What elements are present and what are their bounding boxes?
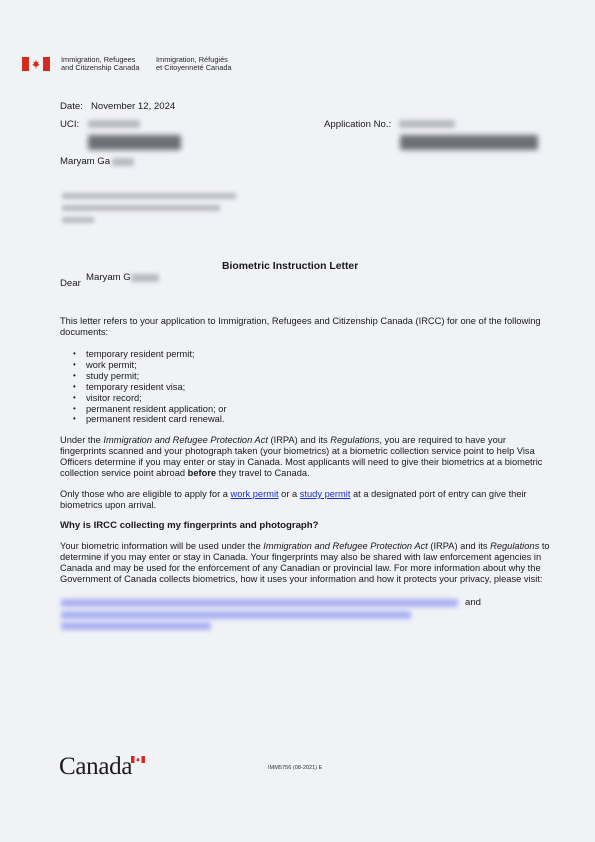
- wordmark-flag-icon: [131, 756, 145, 763]
- document-item: visitor record;: [60, 393, 550, 404]
- recipient-name-redacted: [112, 158, 134, 166]
- department-name-english: Immigration, Refugees and Citizenship Ca…: [61, 56, 139, 73]
- document-item: temporary resident permit;: [60, 349, 550, 360]
- application-number-redacted: [399, 120, 455, 128]
- emphasis-before: before: [188, 468, 216, 478]
- canada-flag-icon: [22, 57, 50, 71]
- irpa-paragraph: Under the Immigration and Refugee Protec…: [60, 435, 550, 479]
- address-line-3-redacted: [62, 217, 94, 223]
- privacy-link-1-redacted[interactable]: [61, 599, 458, 607]
- canada-wordmark: Canada: [59, 753, 132, 781]
- address-line-2-redacted: [62, 205, 220, 211]
- department-en-line2: and Citizenship Canada: [61, 64, 139, 72]
- port-of-entry-paragraph: Only those who are eligible to apply for…: [60, 489, 550, 511]
- documents-list-container: temporary resident permit; work permit; …: [60, 349, 550, 425]
- act-name: Immigration and Refugee Protection Act: [263, 541, 428, 551]
- salutation: Dear: [60, 278, 81, 289]
- address-line-1-redacted: [62, 193, 236, 199]
- uci-barcode-redacted: [88, 135, 181, 150]
- text: or a: [279, 489, 300, 499]
- department-name-french: Immigration, Réfugiés et Citoyenneté Can…: [156, 56, 232, 73]
- date-label: Date:: [60, 101, 83, 112]
- document-item: study permit;: [60, 371, 550, 382]
- text: (IRPA) and its: [268, 435, 330, 445]
- section-heading: Why is IRCC collecting my fingerprints a…: [60, 521, 550, 532]
- document-item: permanent resident card renewal.: [60, 414, 550, 425]
- salutation-name-redacted: [131, 274, 159, 282]
- letter-title: Biometric Instruction Letter: [222, 261, 358, 272]
- documents-list: temporary resident permit; work permit; …: [60, 349, 550, 425]
- text: they travel to Canada.: [216, 468, 310, 478]
- form-code: IMM5756 (08-2021) E: [268, 765, 322, 771]
- privacy-link-2-redacted[interactable]: [61, 611, 411, 619]
- department-fr-line2: et Citoyenneté Canada: [156, 64, 232, 72]
- text: (IRPA) and its: [428, 541, 490, 551]
- privacy-link-2-continued-redacted[interactable]: [61, 622, 211, 630]
- regulations-name: Regulations: [330, 435, 379, 445]
- recipient-name: Maryam Ga: [60, 156, 110, 167]
- text: Under the: [60, 435, 103, 445]
- date-value: November 12, 2024: [91, 101, 175, 112]
- uci-label: UCI:: [60, 119, 79, 130]
- application-barcode-redacted: [400, 135, 538, 150]
- act-name: Immigration and Refugee Protection Act: [103, 435, 268, 445]
- study-permit-link[interactable]: study permit: [300, 489, 351, 499]
- uci-redacted: [88, 120, 140, 128]
- work-permit-link[interactable]: work permit: [231, 489, 279, 499]
- intro-paragraph: This letter refers to your application t…: [60, 316, 550, 338]
- application-number-label: Application No.:: [324, 119, 391, 130]
- document-item: temporary resident visa;: [60, 382, 550, 393]
- document-item: work permit;: [60, 360, 550, 371]
- biometric-use-paragraph: Your biometric information will be used …: [60, 541, 550, 585]
- text: Your biometric information will be used …: [60, 541, 263, 551]
- text: Only those who are eligible to apply for…: [60, 489, 231, 499]
- salutation-name: Maryam G: [86, 272, 131, 283]
- document-item: permanent resident application; or: [60, 404, 550, 415]
- links-conjunction: and: [465, 597, 481, 608]
- regulations-name: Regulations: [490, 541, 539, 551]
